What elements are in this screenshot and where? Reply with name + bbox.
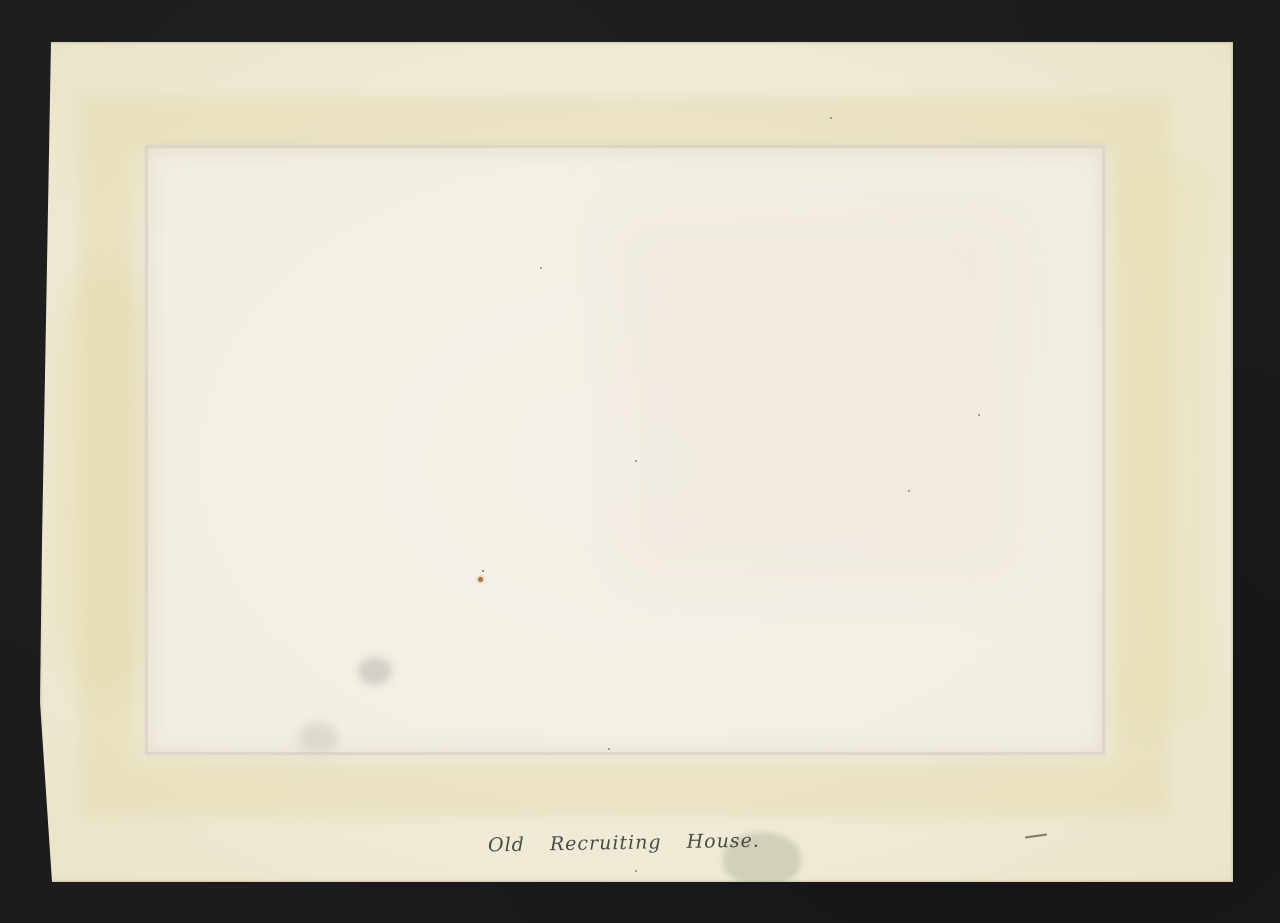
paper-speck <box>830 117 832 119</box>
paper-speck <box>635 870 637 872</box>
show-through-shading <box>608 208 1028 588</box>
pencil-stroke <box>1025 833 1047 838</box>
paper-speck <box>978 414 980 416</box>
paper-speck <box>540 267 542 269</box>
right-edge-stain <box>1120 162 1210 722</box>
foxing-spot <box>482 570 484 572</box>
handwritten-inscription: Old Recruiting House. <box>488 830 760 857</box>
foxing-spot <box>478 577 483 582</box>
plate-mark <box>145 145 1105 755</box>
grey-smudge <box>358 657 392 685</box>
paper-speck <box>635 460 637 462</box>
paper-sheet: Old Recruiting House. <box>40 42 1233 882</box>
paper-speck <box>908 490 910 492</box>
paper-speck <box>608 748 610 750</box>
grey-smudge <box>298 722 338 752</box>
left-edge-stain <box>50 272 160 692</box>
